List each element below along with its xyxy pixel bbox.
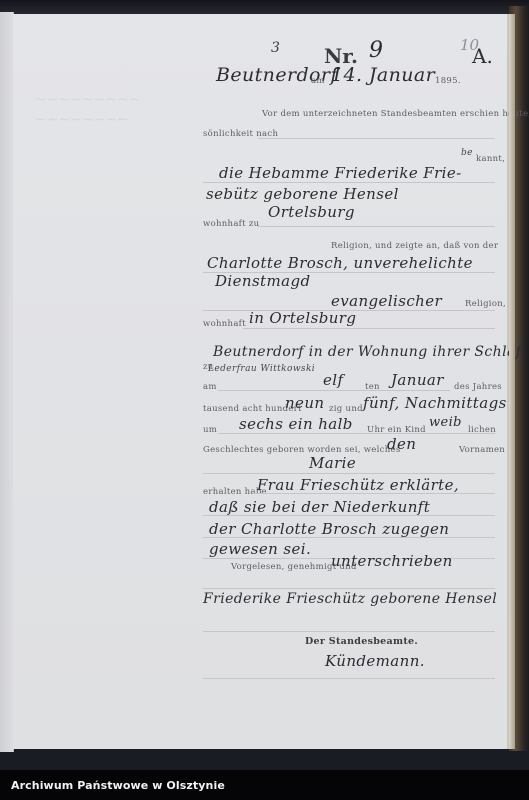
- sex-value: weib: [429, 415, 462, 430]
- book-top-edge: [0, 0, 529, 14]
- bleed-through-text: ~~~~~~~~: [35, 112, 129, 128]
- year-label: des Jahres: [454, 382, 502, 392]
- zig-label: zig und: [329, 404, 363, 414]
- religion-label: Religion,: [465, 299, 506, 309]
- date-prefix: am: [311, 76, 325, 86]
- register-page: ~~~~~~~~~ ~~~~~~~~ 3 Nr. 9 10 A. Beutner…: [13, 14, 510, 749]
- bleed-through-text: ~~~~~~~~~: [35, 92, 141, 108]
- form-line: [253, 493, 495, 494]
- mother-residence: in Ortelsburg: [249, 309, 356, 327]
- form-line: [203, 588, 495, 589]
- forenames-label: Vornamen: [459, 445, 505, 455]
- form-line: [258, 226, 495, 227]
- forename: Marie: [309, 454, 356, 472]
- birth-place-line-1: Beutnerdorf in der Wohnung ihrer Schlaf-: [213, 344, 526, 360]
- entry-number: 9: [369, 38, 383, 63]
- form-line: [203, 473, 495, 474]
- religion-value: evangelischer: [331, 292, 442, 310]
- sex-line: Geschlechtes geboren worden sei, welches: [203, 445, 400, 455]
- date-label: am: [203, 382, 217, 392]
- signature-informant: Friederike Frieschütz geborene Hensel: [203, 591, 497, 607]
- known-prefix: be: [461, 148, 473, 158]
- intro-line-1: Vor dem unterzeichneten Standesbeamten e…: [262, 109, 529, 119]
- signed-word: unterschrieben: [331, 552, 453, 570]
- decade: neun: [285, 394, 324, 412]
- form-line: [203, 182, 495, 183]
- date-handwritten: 14. Januar: [331, 64, 435, 86]
- residence-label: wohnhaft zu: [203, 219, 259, 229]
- form-line: [218, 433, 495, 434]
- margin-mark: 3: [271, 40, 280, 56]
- informant-line-1: die Hebamme Friederike Frie-: [219, 164, 462, 182]
- form-line: [218, 390, 450, 391]
- remark-line-3: der Charlotte Brosch zugegen: [209, 520, 449, 538]
- section-letter: A.: [472, 44, 493, 68]
- archive-name: Archiwum Państwowe w Olsztynie: [11, 779, 225, 792]
- form-line: [258, 138, 495, 139]
- birth-month: Januar: [391, 371, 444, 389]
- official-label: Der Standesbeamte.: [305, 636, 418, 647]
- religion-line: Religion, und zeigte an, daß von der: [331, 241, 498, 251]
- birth-time: sechs ein halb: [239, 415, 353, 433]
- informant-line-2: sebütz geborene Hensel: [206, 185, 399, 203]
- forename-article: den: [387, 435, 416, 453]
- known-suffix: kannt,: [476, 154, 505, 164]
- form-line: [203, 537, 495, 538]
- archive-footer: Archiwum Państwowe w Olsztynie: [0, 770, 529, 800]
- residence-label-2: wohnhaft: [203, 319, 246, 329]
- year-units: fünf, Nachmittags: [363, 394, 507, 412]
- remark-line-1: Frau Frieschütz erklärte,: [257, 476, 459, 494]
- form-line: [203, 678, 495, 679]
- mother-line-2: Dienstmagd: [215, 272, 310, 290]
- form-line: [203, 631, 495, 632]
- form-line: [243, 328, 495, 329]
- signature-official: Kündemann.: [325, 652, 425, 670]
- mother-line-1: Charlotte Brosch, unverehelichte: [207, 254, 473, 272]
- birth-day: elf: [323, 371, 343, 389]
- year-printed: 1895.: [435, 76, 461, 86]
- remark-line-2: daß sie bei der Niederkunft: [209, 498, 430, 516]
- remark-line-4: gewesen sei.: [209, 540, 311, 558]
- birth-place-line-2: Lederfrau Wittkowski: [208, 364, 315, 374]
- facing-page-edge: [0, 12, 14, 752]
- form-line: [203, 515, 495, 516]
- scan-frame: ~~~~~~~~~ ~~~~~~~~ 3 Nr. 9 10 A. Beutner…: [0, 0, 529, 770]
- time-label: um: [203, 425, 217, 435]
- informant-residence: Ortelsburg: [268, 203, 355, 221]
